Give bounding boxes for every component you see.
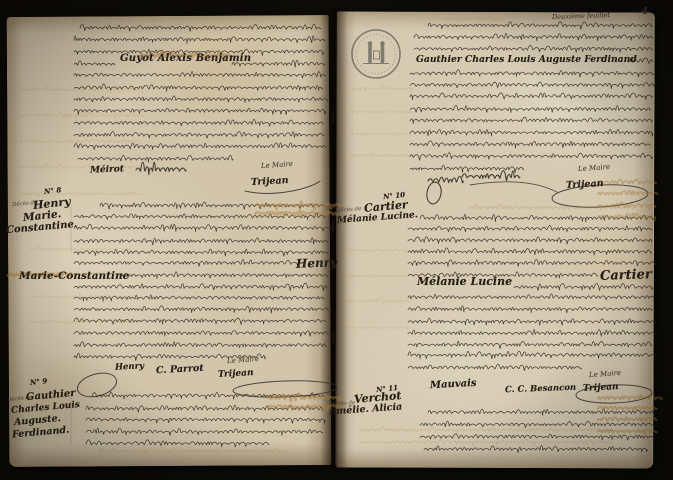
- signature-trijean-3: Trijean: [566, 178, 604, 191]
- act-henry-inline-name-start: Marie-Constantine: [19, 270, 129, 282]
- act-cartier-inline-name-end: Cartier: [600, 267, 652, 284]
- folio-number: 4: [641, 6, 648, 17]
- revenue-stamp-icon: [349, 27, 403, 81]
- signature-trijean-2: Trijean: [218, 368, 254, 380]
- margin-note-gauthier-number: N° 9: [30, 376, 48, 387]
- register-scan: Guyot Alexis Benjamin Méirot Le Maire Tr…: [0, 0, 673, 480]
- act-henry-inline-name-end: Henry: [296, 255, 337, 270]
- act-cartier-inline-name-start: Mélanie Lucine: [417, 275, 512, 288]
- act-guyot-inline-name: Guyot Alexis Benjamin: [120, 53, 251, 64]
- signature-meirot: Méirot: [90, 164, 124, 175]
- signature-henry: Henry: [115, 361, 145, 373]
- act-gauthier-inline-name: Gauthier Charles Louis Auguste Ferdinand: [416, 54, 637, 65]
- signature-trijean-1: Trijean: [251, 175, 289, 188]
- signature-trijean-4: Trijean: [583, 382, 619, 394]
- margin-note-henry-number: N° 8: [44, 185, 62, 196]
